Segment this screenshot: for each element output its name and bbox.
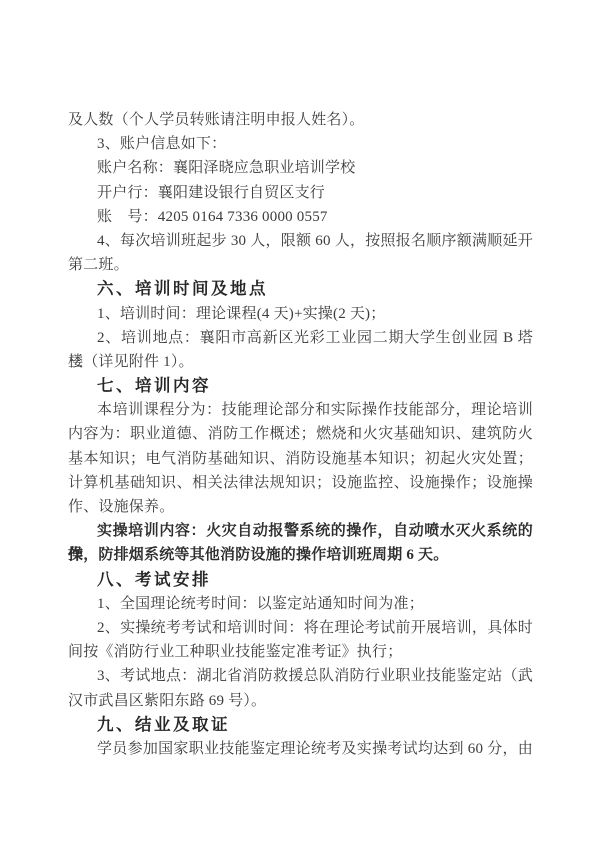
text-line: 2、培训地点：襄阳市高新区光彩工业园二期大学生创业园 B 塔三 [68, 326, 533, 350]
document-page: 及人数（个人学员转账请注明申报人姓名）。3、账户信息如下：账户名称：襄阳泽晓应急… [0, 0, 600, 848]
text-line: 及人数（个人学员转账请注明申报人姓名）。 [68, 108, 533, 132]
text-line: 第二班。 [68, 253, 533, 277]
text-line: 内容为：职业道德、消防工作概述；燃烧和火灾基础知识、建筑防火 [68, 422, 533, 446]
text-line: 基本知识；电气消防基础知识、消防设施基本知识；初起火灾处置； [68, 447, 533, 471]
text-line: 学员参加国家职业技能鉴定理论统考及实操考试均达到 60 分，由 [68, 737, 533, 761]
text-line: 间按《消防行业工种职业技能鉴定准考证》执行； [68, 640, 533, 664]
text-line: 3、考试地点：湖北省消防救援总队消防行业职业技能鉴定站（武 [68, 664, 533, 688]
text-line: 账 号：4205 0164 7336 0000 0557 [68, 205, 533, 229]
text-line: 楼（详见附件 1）。 [68, 350, 533, 374]
text-line: 2、实操统考考试和培训时间：将在理论考试前开展培训，具体时 [68, 616, 533, 640]
text-line: 1、培训时间：理论课程(4 天)+实操(2 天)； [68, 302, 533, 326]
text-line: 本培训课程分为：技能理论部分和实际操作技能部分，理论培训 [68, 398, 533, 422]
text-line: 4、每次培训班起步 30 人，限额 60 人，按照报名顺序额满顺延开 [68, 229, 533, 253]
section-heading: 七、培训内容 [68, 374, 533, 398]
text-line: 作，防排烟系统等其他消防设施的操作培训班周期 6 天。 [68, 543, 533, 567]
section-heading: 八、考试安排 [68, 568, 533, 592]
text-line: 作、设施保养。 [68, 495, 533, 519]
text-line: 计算机基础知识、相关法律法规知识；设施监控、设施操作；设施操 [68, 471, 533, 495]
text-line: 1、全国理论统考时间：以鉴定站通知时间为准； [68, 592, 533, 616]
text-line: 账户名称：襄阳泽晓应急职业培训学校 [68, 156, 533, 180]
document-body: 及人数（个人学员转账请注明申报人姓名）。3、账户信息如下：账户名称：襄阳泽晓应急… [68, 108, 533, 761]
text-line: 开户行：襄阳建设银行自贸区支行 [68, 181, 533, 205]
text-line: 3、账户信息如下： [68, 132, 533, 156]
section-heading: 六、培训时间及地点 [68, 277, 533, 301]
section-heading: 九、结业及取证 [68, 713, 533, 737]
text-line: 汉市武昌区紫阳东路 69 号）。 [68, 689, 533, 713]
text-line: 实操培训内容：火灾自动报警系统的操作，自动喷水灭火系统的操 [68, 519, 533, 543]
